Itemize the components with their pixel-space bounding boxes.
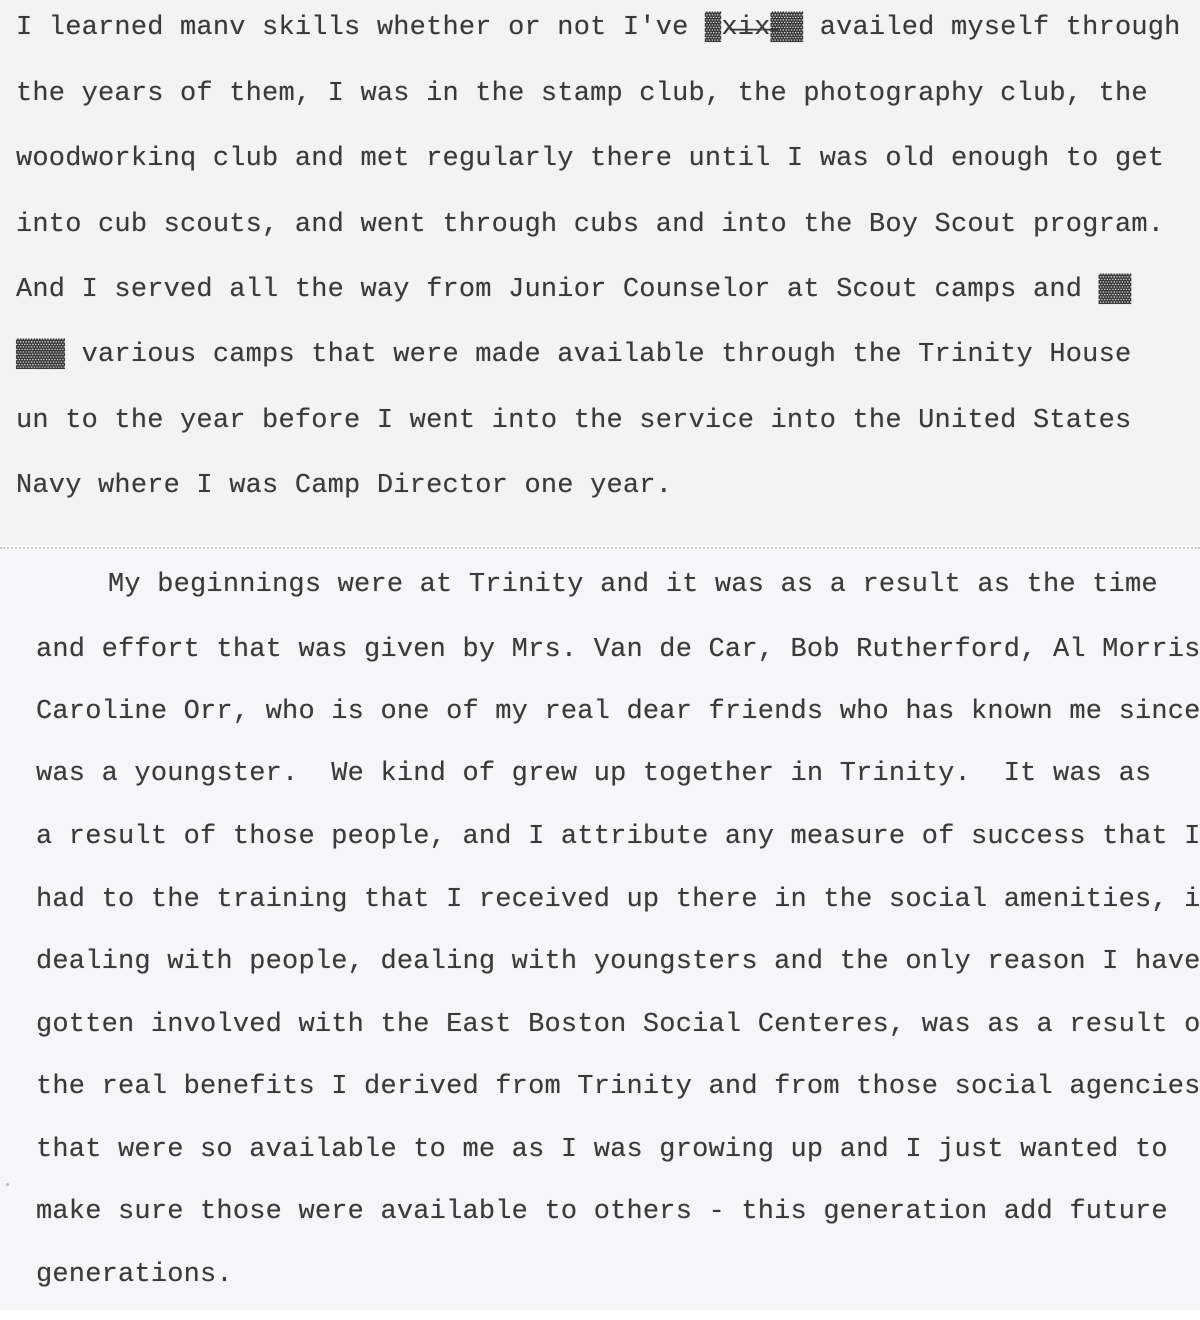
transcript-line: had to the training that I received up t… xyxy=(36,884,1200,916)
transcript-line: Caroline Orr, who is one of my real dear… xyxy=(36,696,1200,728)
transcript-line: make sure those were available to others… xyxy=(36,1196,1168,1228)
transcript-line: And I served all the way from Junior Cou… xyxy=(16,274,1131,306)
transcript-line: My beginnings were at Trinity and it was… xyxy=(108,569,1158,601)
transcript-line: Navy where I was Camp Director one year. xyxy=(16,470,672,502)
transcript-line: that were so available to me as I was gr… xyxy=(36,1134,1168,1166)
transcript-line: generations. xyxy=(36,1259,233,1291)
transcript-line: the years of them, I was in the stamp cl… xyxy=(16,78,1148,110)
transcript-line: was a youngster. We kind of grew up toge… xyxy=(36,758,1151,790)
transcript-line: dealing with people, dealing with youngs… xyxy=(36,946,1200,978)
transcript-line: the real benefits I derived from Trinity… xyxy=(36,1071,1200,1103)
transcript-line: un to the year before I went into the se… xyxy=(16,405,1131,437)
transcript-scan-bottom: My beginnings were at Trinity and it was… xyxy=(0,550,1200,1310)
section-divider xyxy=(0,547,1200,549)
transcript-scan-top: I learned manv skills whether or not I'v… xyxy=(0,0,1200,545)
transcript-line: a result of those people, and I attribut… xyxy=(36,821,1200,853)
transcript-line: into cub scouts, and went through cubs a… xyxy=(16,209,1164,241)
transcript-line: ▓▓▓ various camps that were made availab… xyxy=(16,339,1131,371)
transcript-line: I learned manv skills whether or not I'v… xyxy=(16,12,1181,44)
scan-speck xyxy=(6,1183,9,1186)
transcript-line: gotten involved with the East Boston Soc… xyxy=(36,1009,1200,1041)
transcript-line: and effort that was given by Mrs. Van de… xyxy=(36,634,1200,666)
transcript-line: woodworkinq club and met regularly there… xyxy=(16,143,1164,175)
